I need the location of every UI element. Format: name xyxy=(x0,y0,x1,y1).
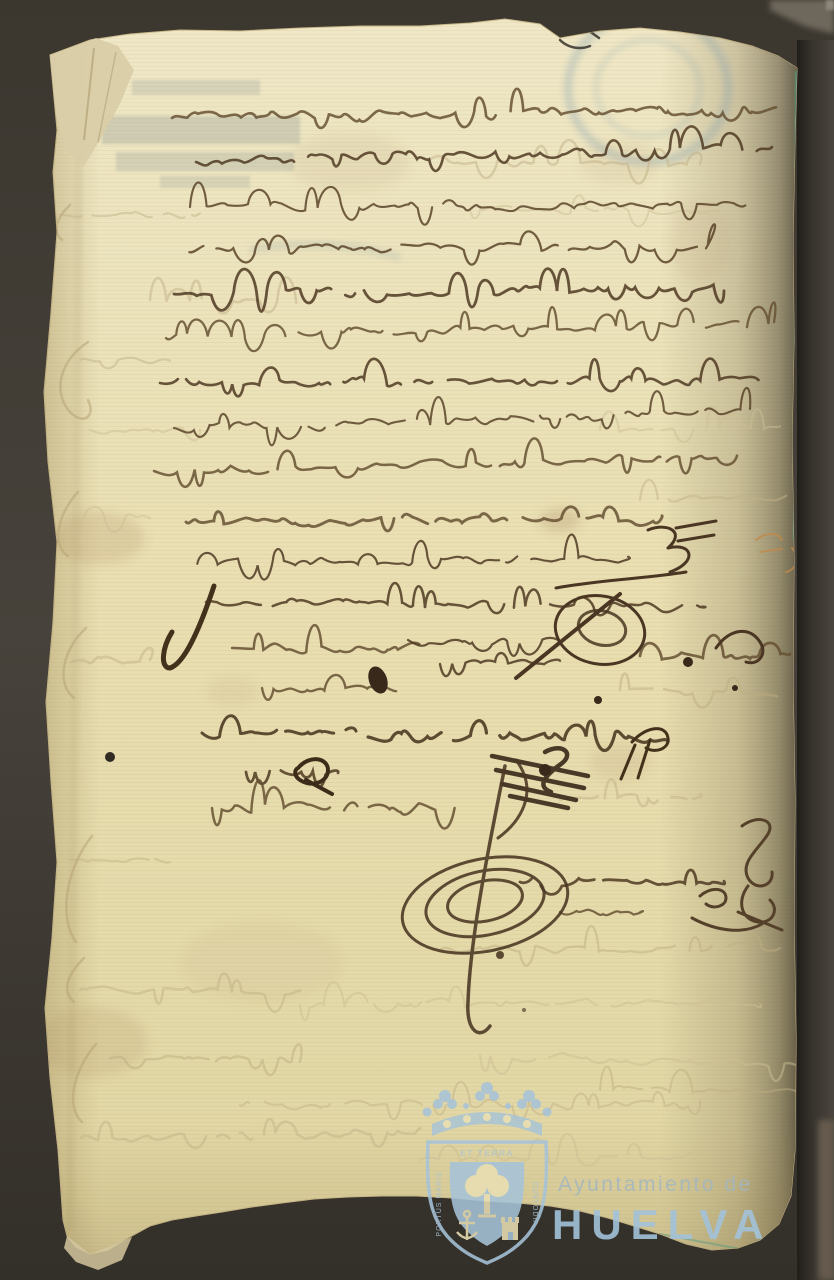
crest-motto-top: ET TERRA xyxy=(460,1148,514,1158)
right-gutter-page-sliver xyxy=(818,1120,834,1280)
manuscript-scan: ET TERRA PORTUS MARIS CUSTODIA Ayuntamie… xyxy=(0,0,834,1280)
right-gutter-band xyxy=(797,40,834,1280)
crest-motto-left: PORTUS MARIS xyxy=(436,1171,443,1236)
scanned-page-canvas: ET TERRA PORTUS MARIS CUSTODIA xyxy=(0,0,834,1280)
crest-motto-right: CUSTODIA xyxy=(531,1182,538,1226)
scan-corner-slit xyxy=(826,0,834,10)
